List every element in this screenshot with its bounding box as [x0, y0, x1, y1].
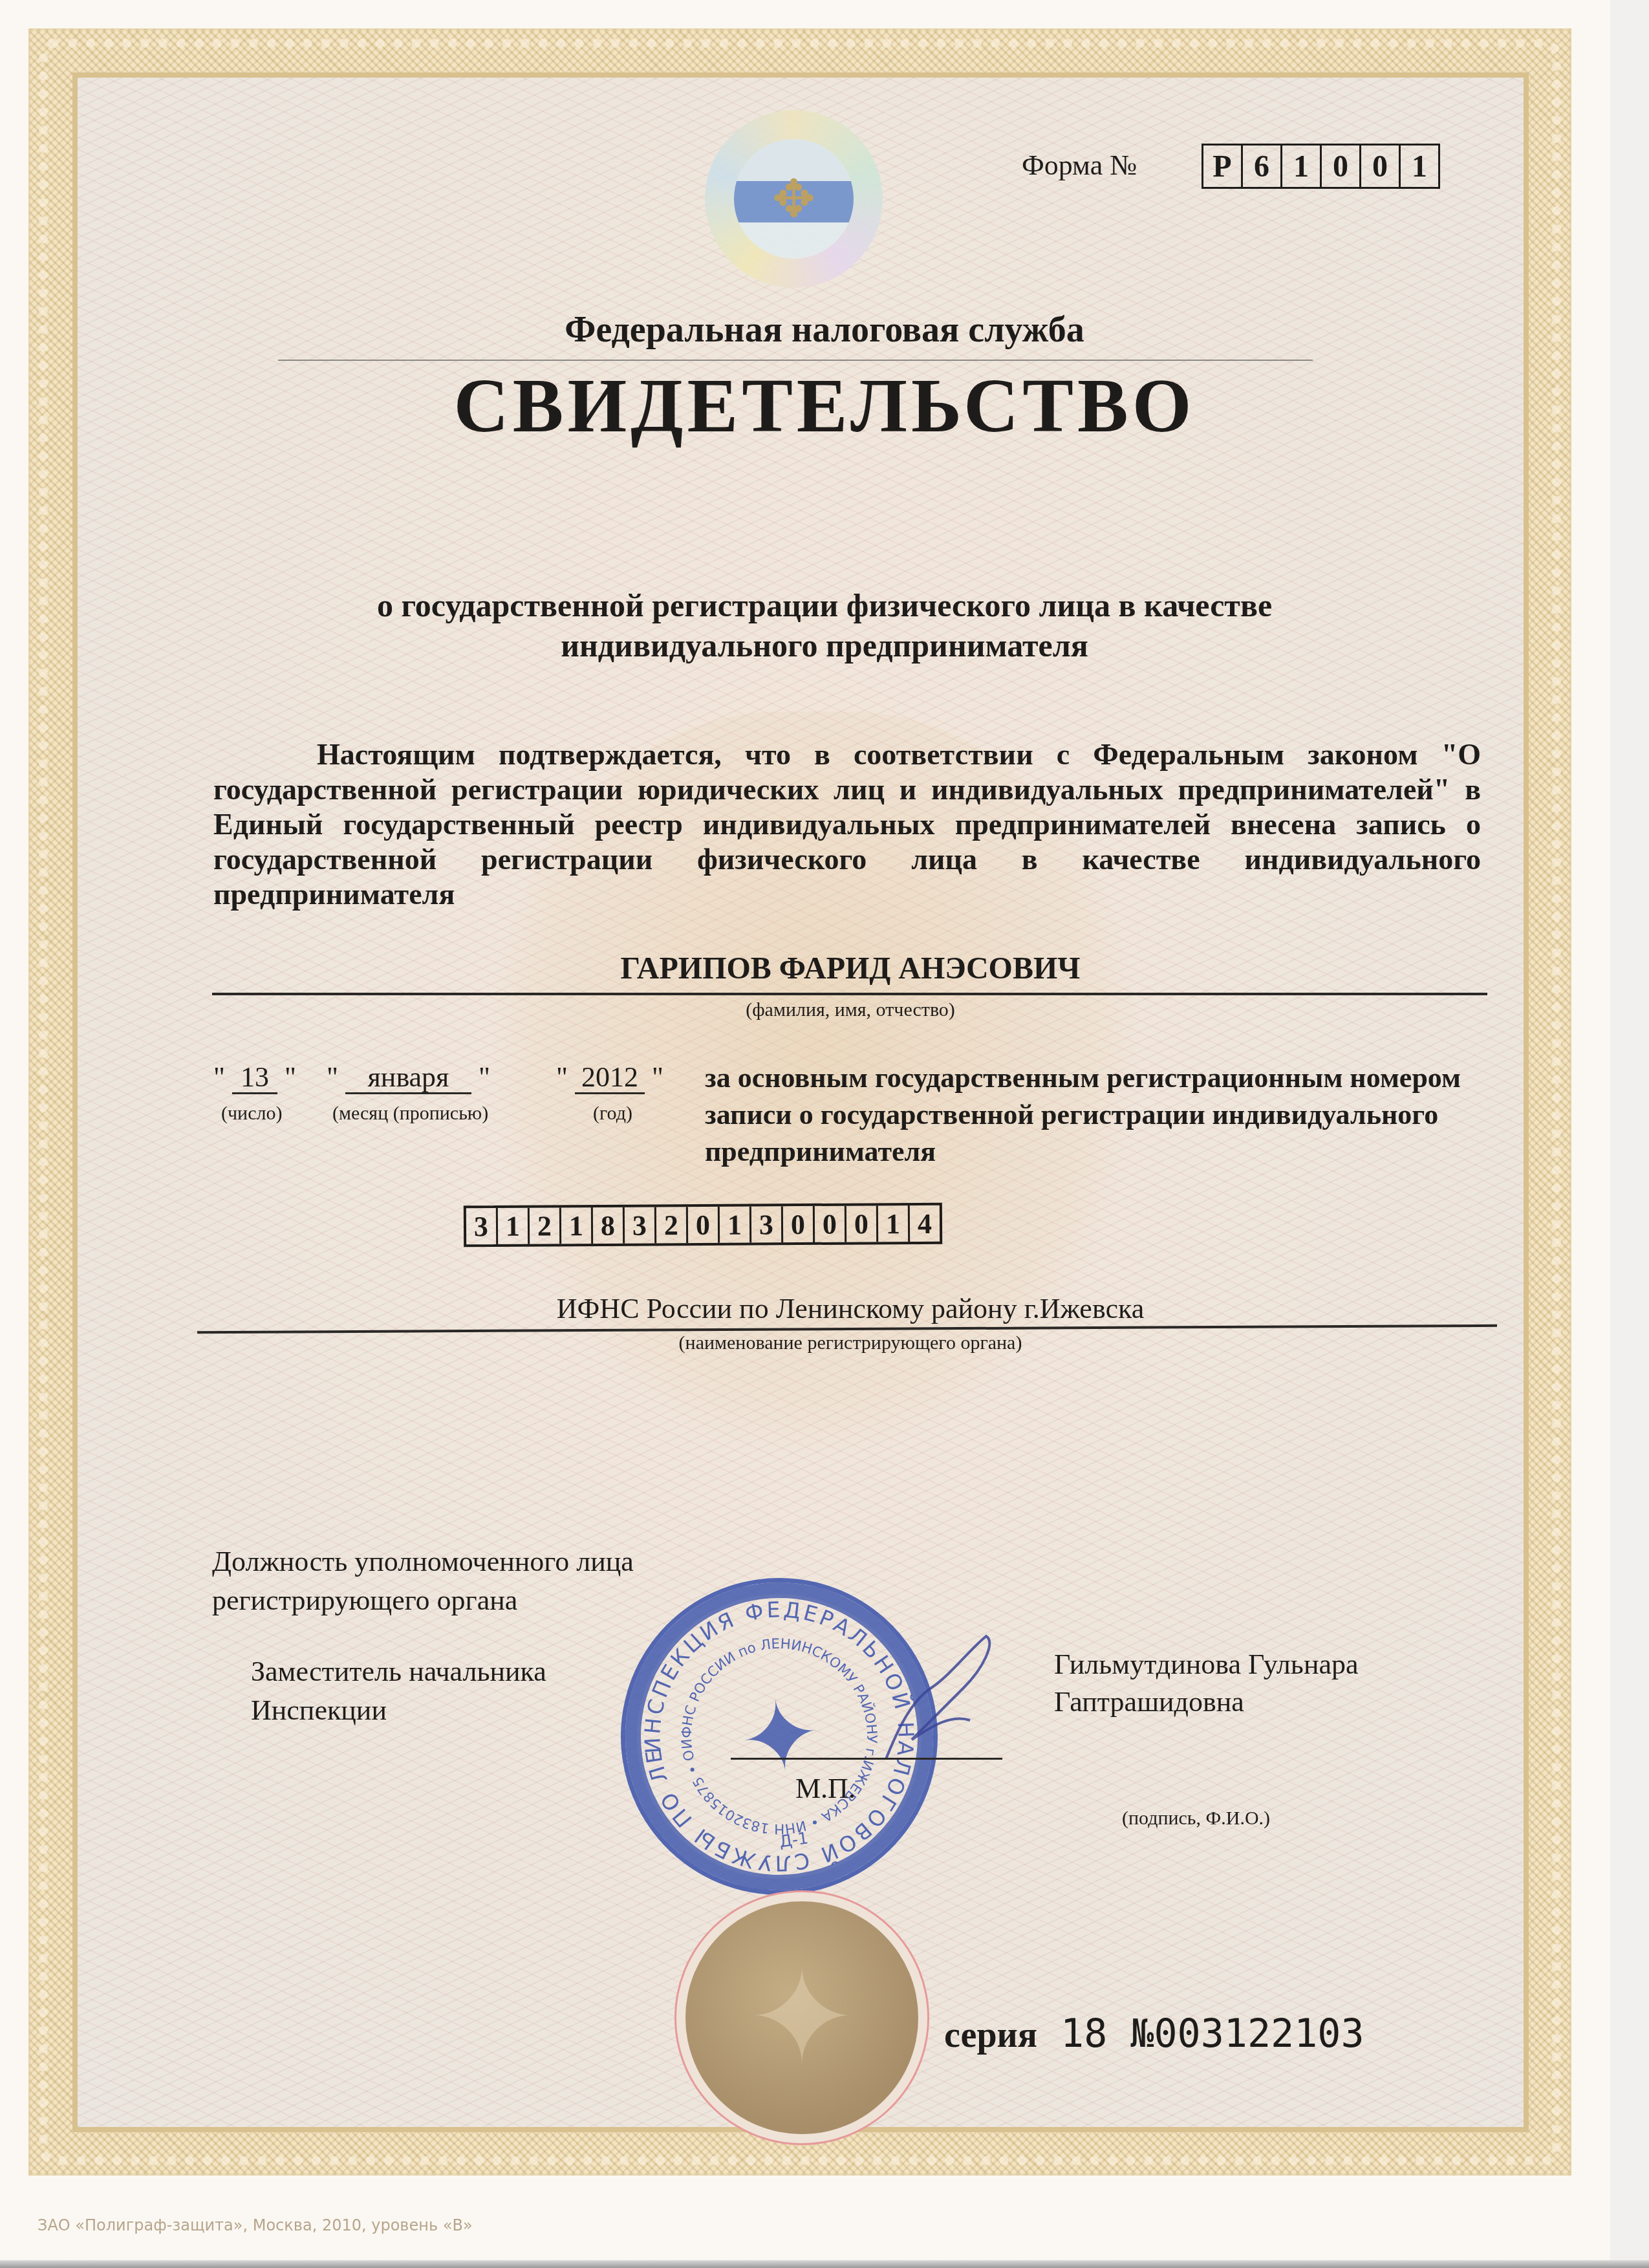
name-caption: (фамилия, имя, отчество)	[213, 999, 1487, 1021]
hologram-emblem-icon: ✥	[705, 110, 883, 288]
ogrnip-digit: 0	[688, 1207, 720, 1243]
ogrnip-digit: 0	[783, 1206, 815, 1242]
form-number-label: Форма №	[1022, 149, 1137, 182]
ogrnip-boxes: 3 1 2 1 8 3 2 0 1 3 0 0 0 1 4	[464, 1203, 942, 1247]
form-code-cell: 0	[1361, 146, 1401, 187]
handwritten-signature	[873, 1630, 1002, 1772]
date-month-group: " января "	[327, 1061, 490, 1094]
form-code-cell: 1	[1401, 146, 1438, 187]
certification-paragraph: Настоящим подтверждается, что в соответс…	[213, 737, 1481, 912]
signatory-name: Гильмутдинова Гульнара Гаптрашидовна	[1054, 1646, 1455, 1721]
seal-mark: М.П.	[795, 1772, 856, 1805]
embossed-gold-seal-icon: ✦	[685, 1901, 918, 2134]
series-number: серия 18 №003122103	[944, 2011, 1364, 2057]
ogrnip-digit: 3	[625, 1207, 656, 1243]
date-month: января	[345, 1063, 471, 1094]
printer-imprint: ЗАО «Полиграф-защита», Москва, 2010, уро…	[38, 2216, 473, 2234]
agency-name: Федеральная налоговая служба	[0, 309, 1649, 351]
month-caption: (месяц (прописью)	[332, 1103, 488, 1125]
scan-bottom-edge	[0, 2260, 1649, 2268]
ogrnip-digit: 4	[910, 1205, 940, 1242]
date-day: 13	[232, 1063, 277, 1094]
form-code-cell: 0	[1322, 146, 1361, 187]
agency-divider	[278, 360, 1313, 361]
ogrnip-digit: 3	[466, 1208, 498, 1244]
ogrnip-digit: 3	[751, 1206, 783, 1242]
ogrnip-digit: 0	[815, 1206, 846, 1242]
date-year: 2012	[575, 1063, 645, 1094]
authority-caption: (наименование регистрирующего органа)	[194, 1332, 1507, 1354]
date-day-group: " 13 "	[213, 1061, 296, 1094]
ogrnip-digit: 2	[530, 1207, 561, 1244]
entrepreneur-name: ГАРИПОВ ФАРИД АНЭСОВИЧ	[213, 951, 1487, 986]
date-year-group: " 2012 "	[556, 1061, 663, 1094]
series-value: 18	[1061, 2011, 1107, 2057]
ogrnip-digit: 1	[498, 1208, 530, 1244]
registering-authority: ИФНС России по Ленинскому району г.Ижевс…	[194, 1292, 1507, 1325]
ogrnip-digit: 0	[846, 1205, 878, 1242]
ogrnip-digit: 1	[878, 1205, 910, 1242]
day-caption: (число)	[221, 1103, 282, 1125]
signatory-position: Заместитель начальника Инспекции	[251, 1652, 613, 1730]
form-code-cell: 6	[1243, 146, 1282, 187]
ogrnip-digit: 1	[720, 1207, 751, 1243]
document-title: СВИДЕТЕЛЬСТВО	[0, 362, 1649, 450]
ogrnip-digit: 2	[656, 1207, 688, 1243]
coat-of-arms-icon: ✥	[734, 139, 854, 259]
signature-line	[731, 1758, 1002, 1760]
ogrnip-digit: 8	[593, 1207, 625, 1244]
svg-text:Д-1: Д-1	[778, 1828, 810, 1851]
series-label: серия	[944, 2014, 1037, 2056]
blank-number: №003122103	[1130, 2011, 1364, 2057]
year-caption: (год)	[593, 1103, 632, 1125]
name-underline	[212, 993, 1487, 995]
form-number-boxes: Р 6 1 0 0 1	[1202, 144, 1440, 189]
form-code-cell: Р	[1203, 146, 1243, 187]
ogrnip-digit: 1	[561, 1207, 593, 1244]
registration-number-text: за основным государственным регистрацион…	[705, 1059, 1481, 1170]
form-code-cell: 1	[1282, 146, 1322, 187]
document-subtitle: о государственной регистрации физическог…	[246, 585, 1403, 665]
signature-caption: (подпись, Ф.И.О.)	[1122, 1808, 1270, 1830]
